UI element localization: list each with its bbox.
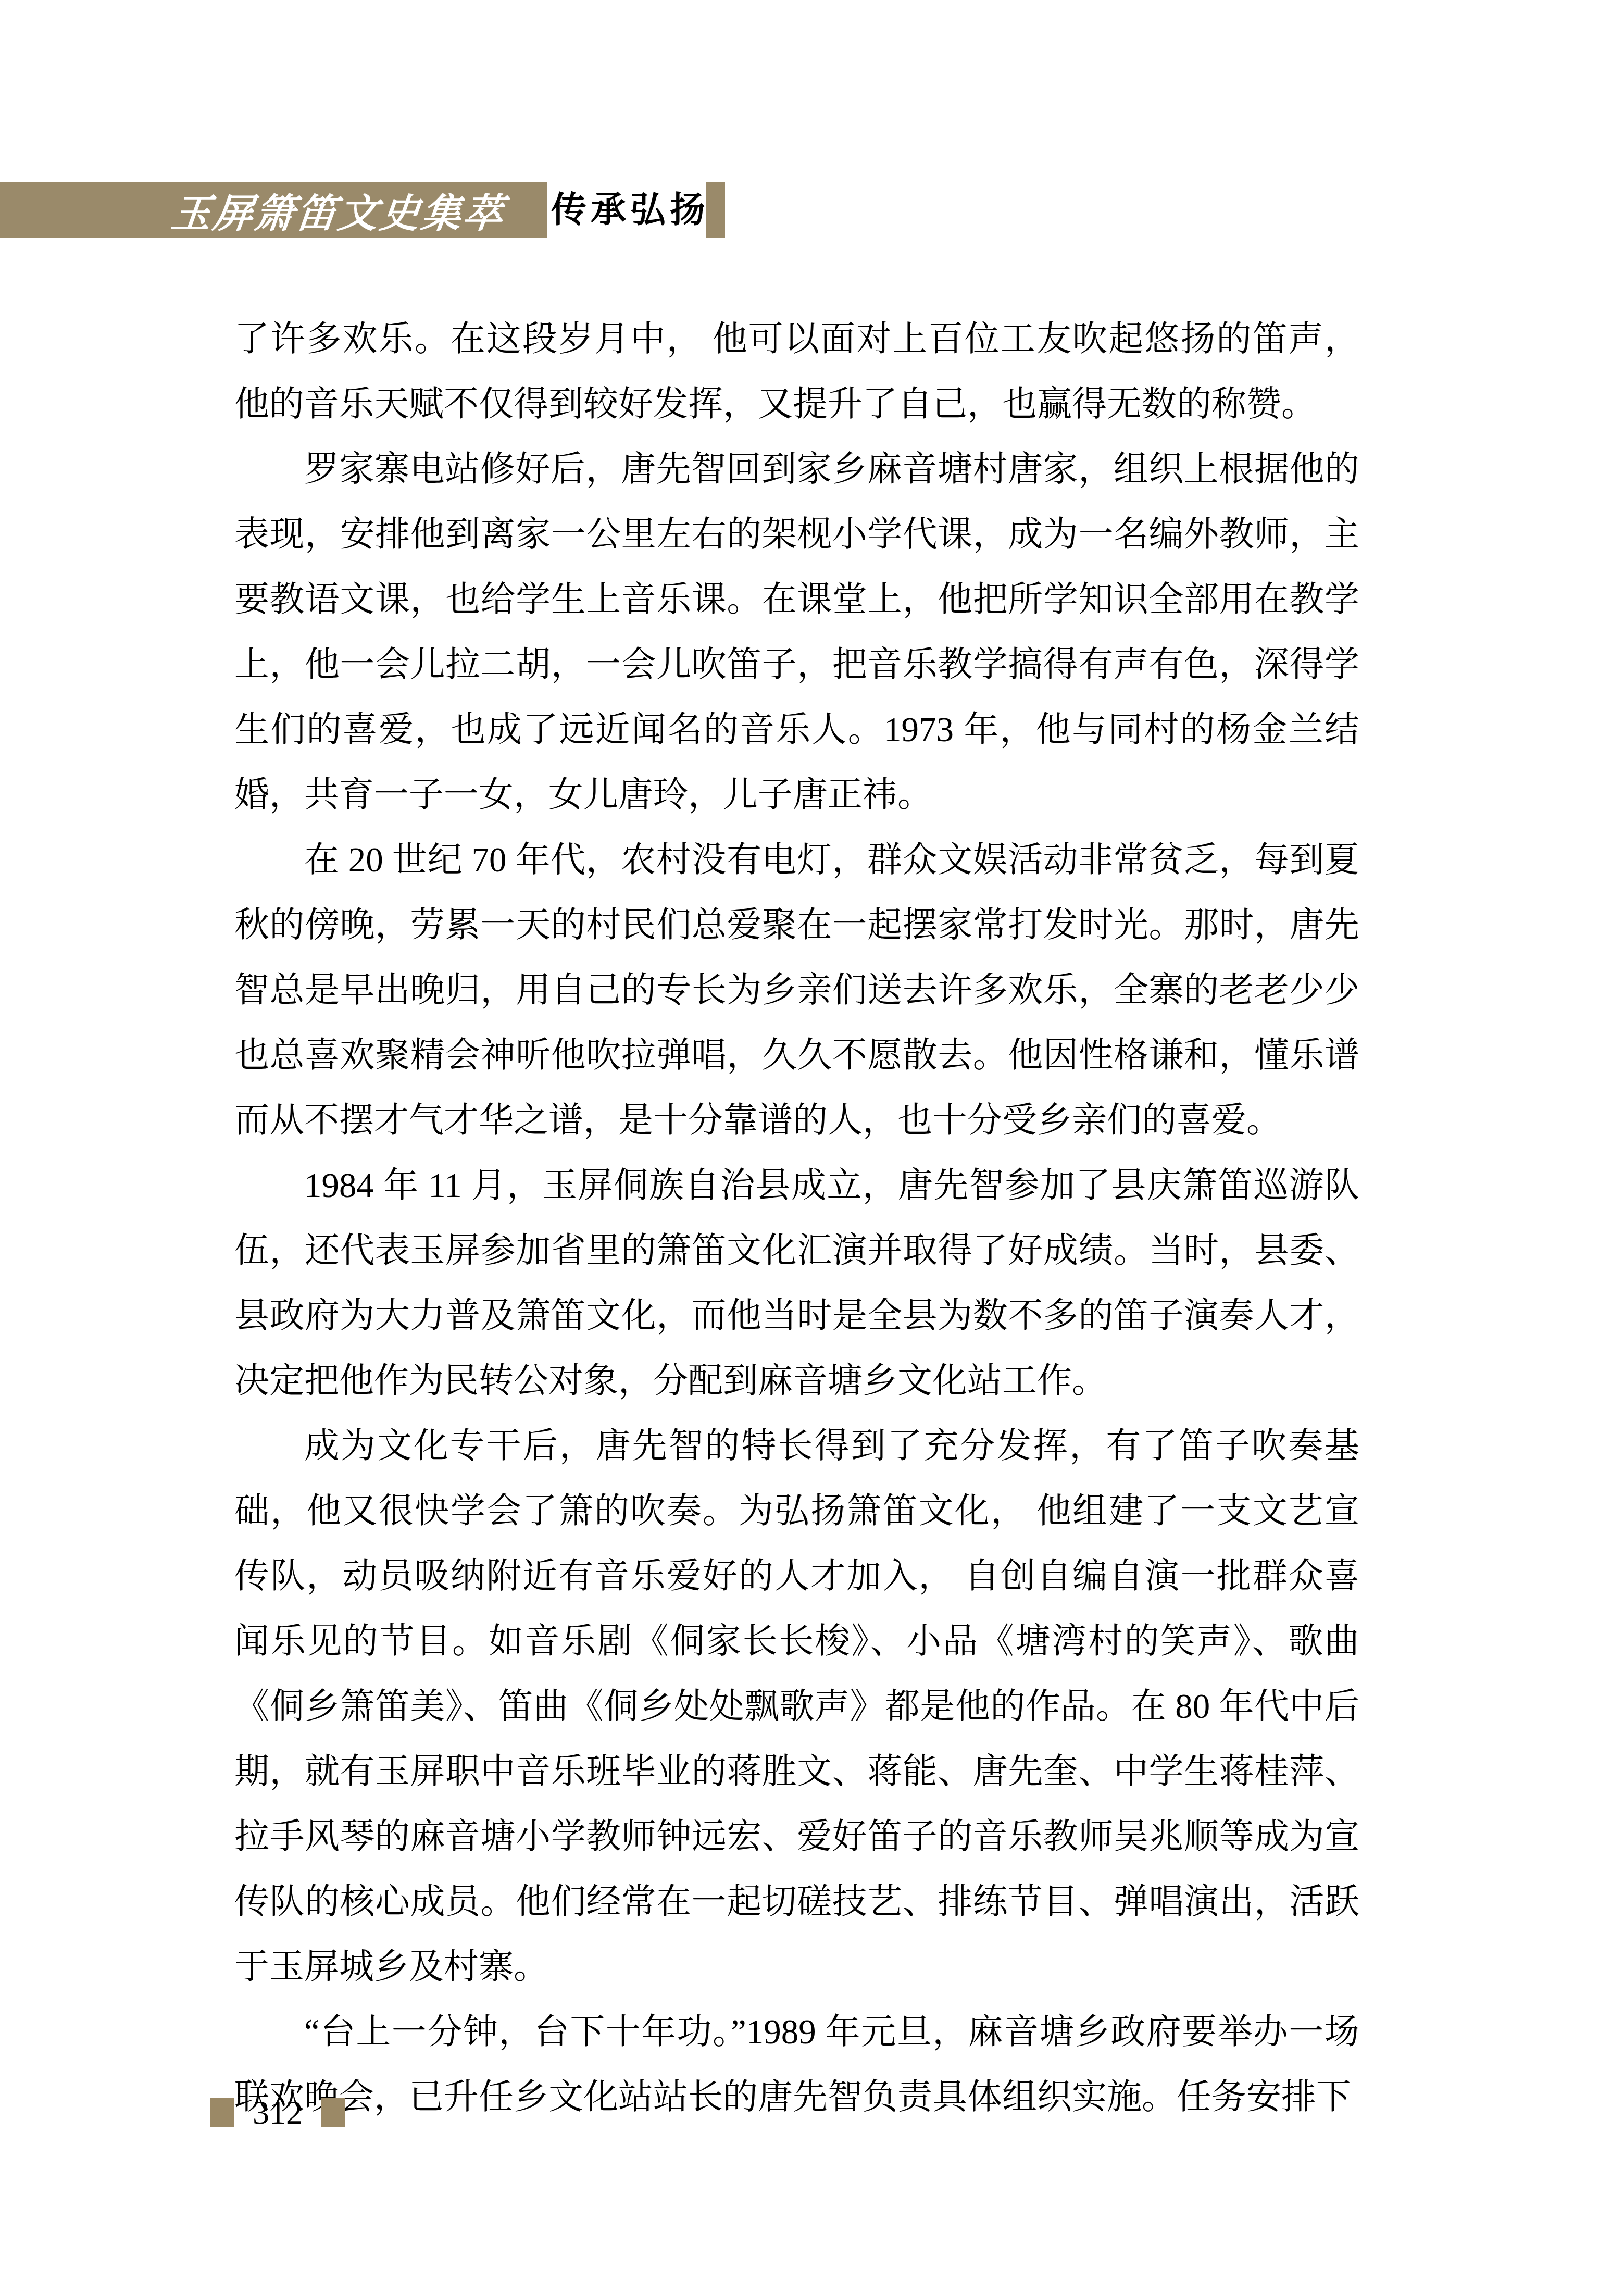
body-text: 了许多欢乐。在这段岁月中， 他可以面对上百位工友吹起悠扬的笛声，他的音乐天赋不仅… (234, 307, 1359, 2130)
paragraph-5: 成为文化专干后，唐先智的特长得到了充分发挥，有了笛子吹奏基础，他又很快学会了箫的… (234, 1414, 1359, 2000)
header-accent-block (706, 182, 725, 238)
header-section-label: 传承弘扬 (551, 182, 709, 238)
book-page: 玉屏箫笛文史集萃 传承弘扬 了许多欢乐。在这段岁月中， 他可以面对上百位工友吹起… (0, 0, 1624, 2269)
footer-left-square (210, 2098, 234, 2127)
paragraph-1: 了许多欢乐。在这段岁月中， 他可以面对上百位工友吹起悠扬的笛声，他的音乐天赋不仅… (234, 307, 1359, 437)
header-calligraphy-title: 玉屏箫笛文史集萃 (169, 182, 508, 239)
footer-right-square (321, 2098, 345, 2127)
page-footer: 312 (210, 2098, 345, 2127)
page-number: 312 (253, 2098, 303, 2127)
paragraph-6: “台上一分钟，台下十年功。”1989 年元旦，麻音塘乡政府要举办一场联欢晚会，已… (234, 2000, 1359, 2130)
header-brand-bar: 玉屏箫笛文史集萃 (0, 182, 547, 238)
paragraph-4: 1984 年 11 月，玉屏侗族自治县成立，唐先智参加了县庆箫笛巡游队伍，还代表… (234, 1153, 1359, 1414)
paragraph-3: 在 20 世纪 70 年代，农村没有电灯，群众文娱活动非常贫乏，每到夏秋的傍晚，… (234, 828, 1359, 1153)
paragraph-2: 罗家寨电站修好后，唐先智回到家乡麻音塘村唐家，组织上根据他的表现，安排他到离家一… (234, 437, 1359, 828)
